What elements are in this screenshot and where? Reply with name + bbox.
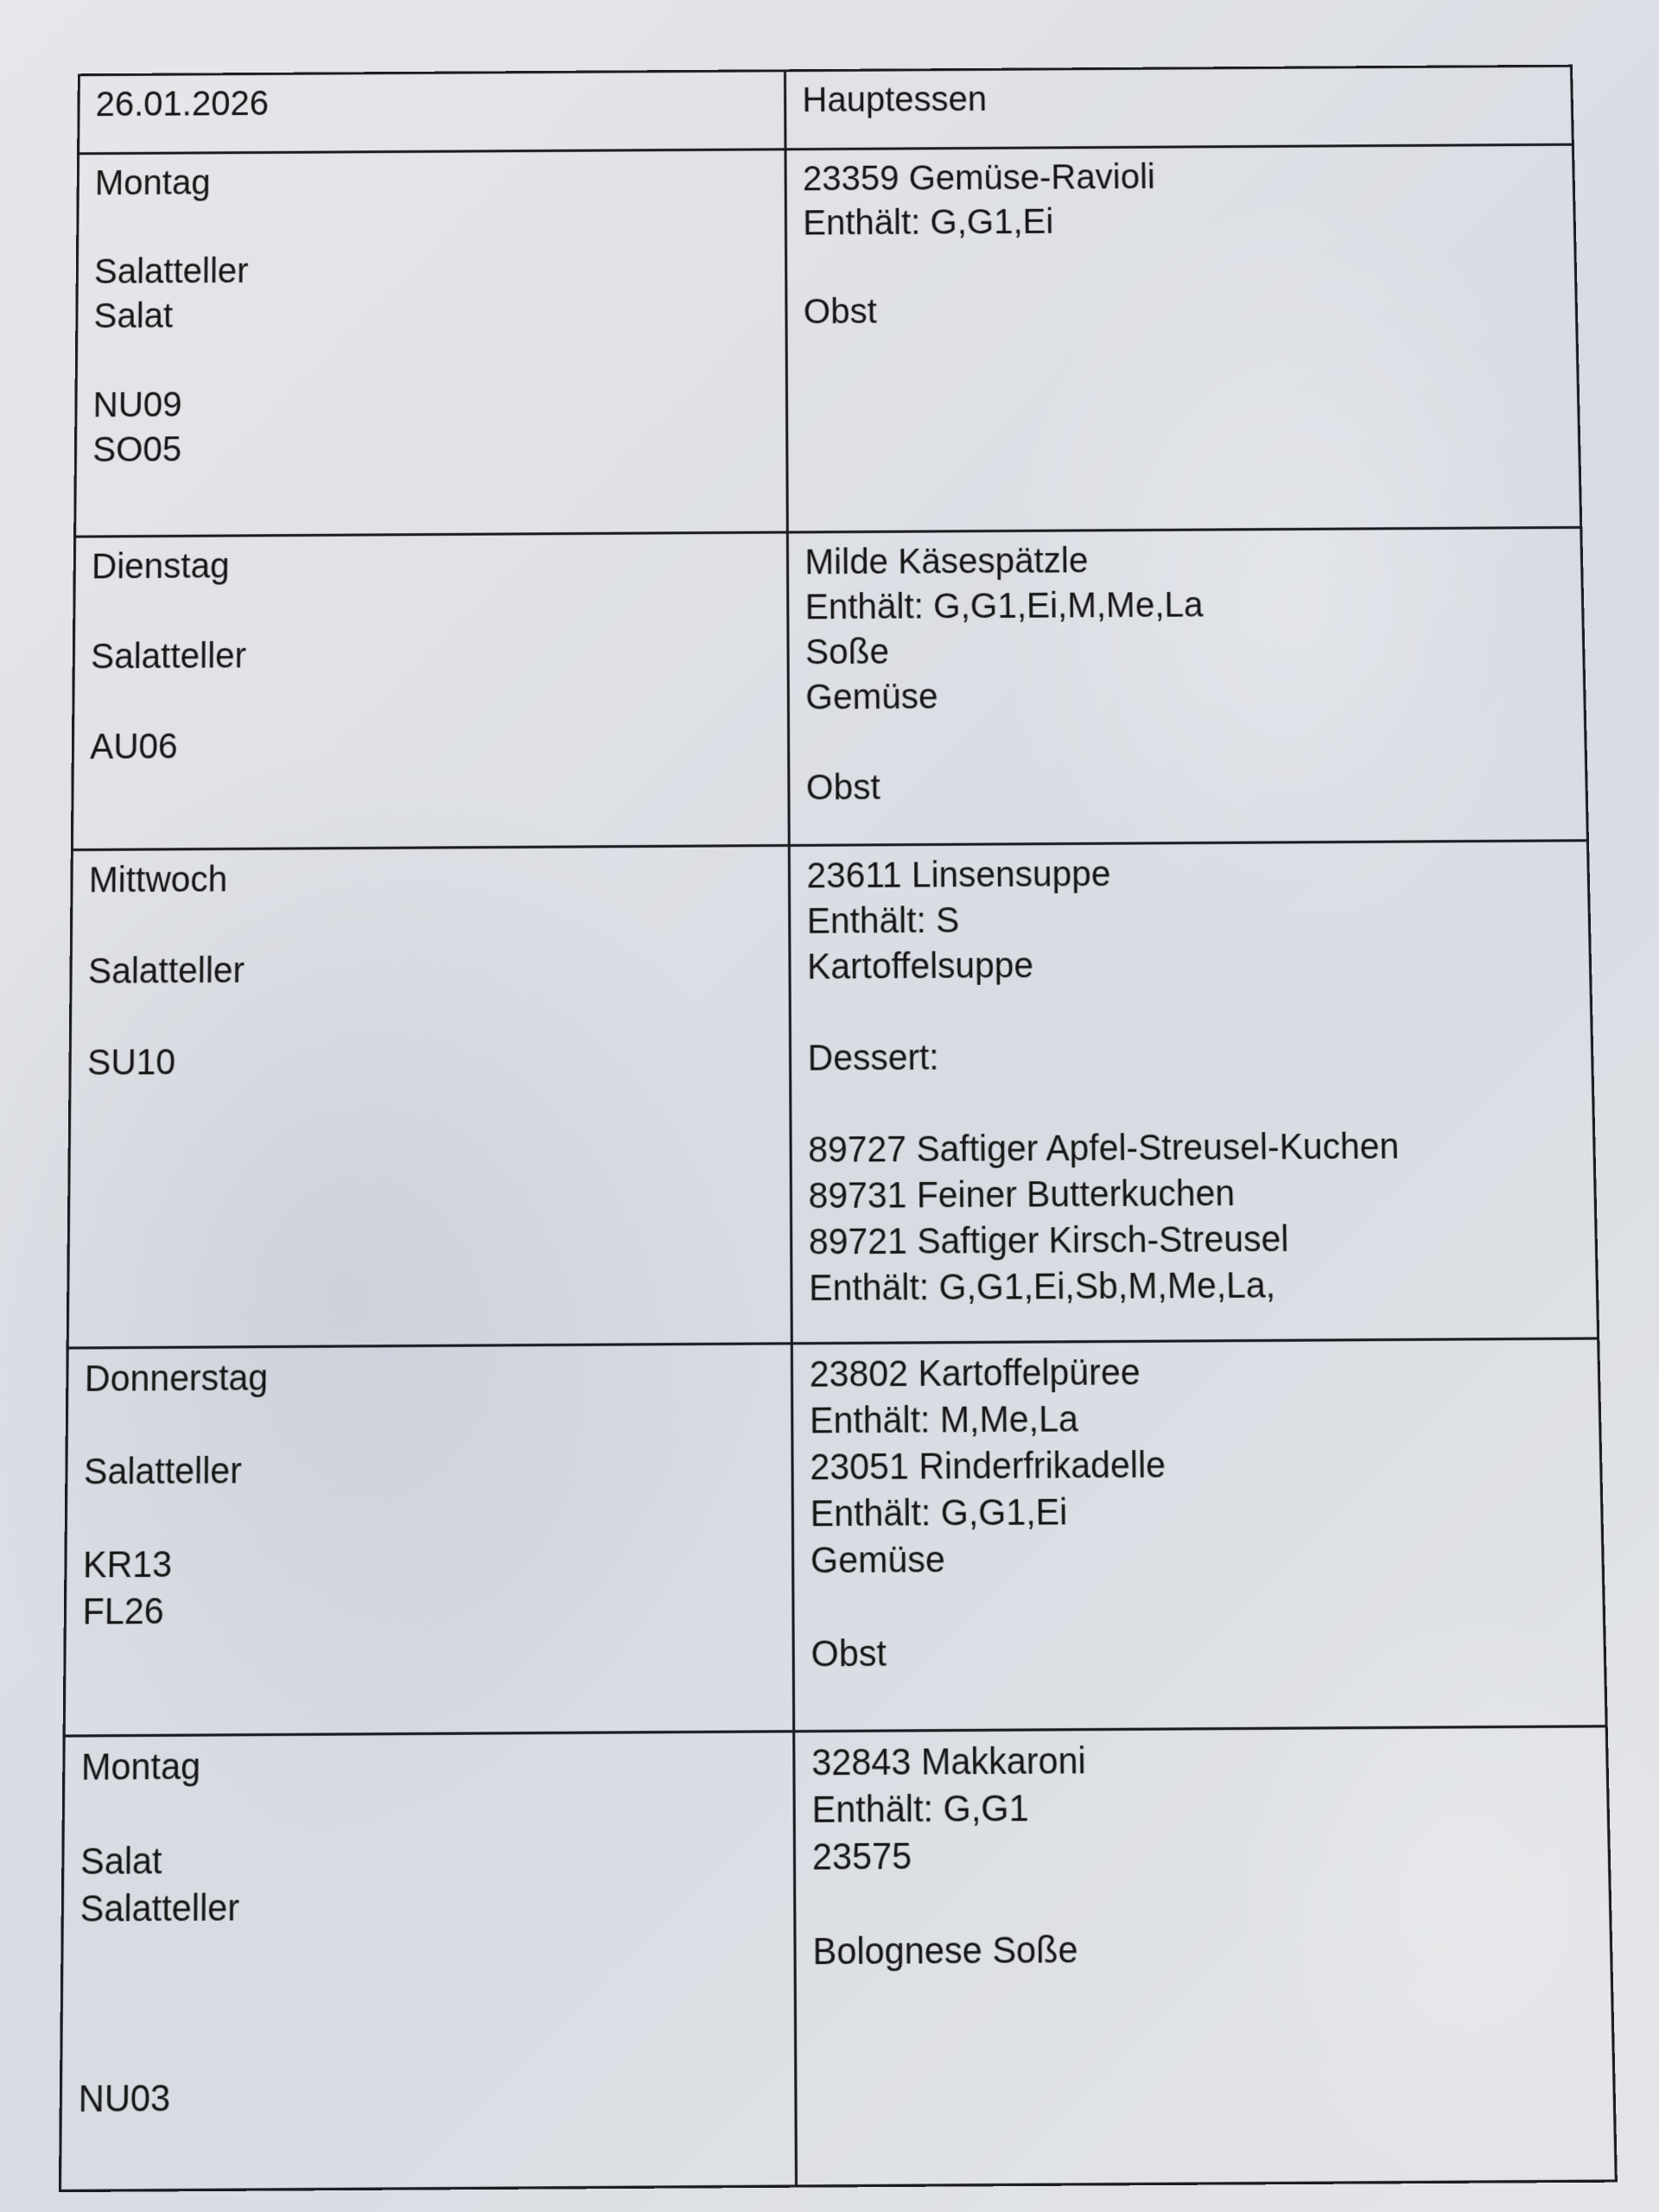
main-dish-cell: Milde KäsespätzleEnthält: G,G1,Ei,M,Me,L… <box>788 527 1588 845</box>
table-row: MontagSalatSalattellerNU0332843 Makkaron… <box>60 1726 1616 2191</box>
dish-line: Milde Käsespätzle <box>804 536 1563 585</box>
dish-line: Enthält: G,G1,Ei <box>803 197 1556 246</box>
dish-line: Dessert: <box>808 1032 1574 1082</box>
dish-line: Enthält: S <box>807 894 1571 944</box>
dish-line: Enthält: G,G1,Ei,M,Me,La <box>805 581 1565 630</box>
day-salad-cell: MontagSalatSalattellerNU03 <box>60 1732 796 2191</box>
salad-line: Salat <box>80 1834 776 1886</box>
salad-line <box>79 2024 777 2075</box>
dish-line: Obst <box>804 286 1559 335</box>
dish-line: Enthält: M,Me,La <box>810 1394 1581 1445</box>
salad-line: Salatteller <box>79 1882 776 1934</box>
dish-line: Enthält: G,G1,Ei <box>810 1486 1584 1538</box>
salad-line: FL26 <box>82 1585 774 1636</box>
weekday-label: Mittwoch <box>89 854 771 904</box>
weekday-label: Montag <box>81 1740 775 1792</box>
salad-line <box>90 676 770 725</box>
weekday-label: Dienstag <box>92 541 769 590</box>
salad-line <box>94 202 767 251</box>
table-row: DonnerstagSalattellerKR13FL2623802 Karto… <box>64 1338 1606 1736</box>
salad-line <box>79 1929 776 1981</box>
dish-line: 23359 Gemüse-Ravioli <box>803 153 1555 201</box>
dish-line: 89727 Saftiger Apfel-Streusel-Kuchen <box>808 1123 1575 1174</box>
dish-line: 89731 Feiner Butterkuchen <box>809 1169 1577 1220</box>
dish-line: 32843 Makkaroni <box>811 1735 1588 1787</box>
date-cell: 26.01.2026 <box>79 71 786 154</box>
salad-line: AU06 <box>90 721 770 770</box>
salad-line <box>93 335 768 384</box>
salad-line <box>91 586 769 635</box>
dish-line: Gemüse <box>805 671 1566 721</box>
day-salad-cell: MontagSalattellerSalatNU09SO05 <box>75 149 788 537</box>
dish-line: 23051 Rinderfrikadelle <box>810 1440 1582 1491</box>
salad-line <box>79 1976 776 2028</box>
salad-line <box>88 899 771 950</box>
day-salad-cell: DienstagSalattellerAU06 <box>72 532 789 850</box>
salad-line <box>84 1399 773 1450</box>
weekday-label: Montag <box>95 157 767 206</box>
dish-line <box>803 241 1557 290</box>
dish-line: Bolognese Soße <box>812 1924 1592 1977</box>
dish-line: 23611 Linsensuppe <box>806 849 1569 899</box>
menu-body: MontagSalattellerSalatNU09SO0523359 Gemü… <box>60 144 1616 2190</box>
dish-line: Enthält: G,G1 <box>812 1783 1590 1834</box>
column-title: Hauptessen <box>802 74 1554 123</box>
dish-line: Soße <box>805 626 1566 676</box>
main-dish-cell: 32843 MakkaroniEnthält: G,G123575Bologne… <box>794 1726 1616 2186</box>
dish-line: Enthält: G,G1,Ei,Sb,M,Me,La, <box>809 1261 1579 1312</box>
dish-line <box>808 1077 1575 1128</box>
dish-line <box>812 1877 1592 1929</box>
salad-line <box>83 1491 773 1542</box>
salad-line: SU10 <box>87 1036 772 1086</box>
dish-line: Obst <box>810 1626 1586 1678</box>
salad-line: Salatteller <box>94 246 768 295</box>
salad-line: Salatteller <box>88 945 772 995</box>
dish-line <box>807 986 1573 1036</box>
salad-line: Salatteller <box>84 1445 774 1496</box>
dish-line: 23802 Kartoffelpüree <box>810 1347 1580 1398</box>
day-salad-cell: MittwochSalattellerSU10 <box>67 845 791 1348</box>
weekday-label: Donnerstag <box>85 1352 773 1403</box>
main-dish-cell: 23359 Gemüse-RavioliEnthält: G,G1,EiObst <box>785 144 1580 532</box>
table-row: MittwochSalattellerSU1023611 Linsensuppe… <box>67 841 1598 1348</box>
day-salad-cell: DonnerstagSalattellerKR13FL26 <box>64 1344 794 1736</box>
salad-line: NU03 <box>78 2071 777 2123</box>
dish-line: 23575 <box>812 1829 1591 1881</box>
menu-date: 26.01.2026 <box>95 79 766 127</box>
menu-table: 26.01.2026 Hauptessen MontagSalattellerS… <box>59 65 1618 2192</box>
dish-line: Gemüse <box>810 1533 1585 1585</box>
dish-line <box>810 1580 1585 1631</box>
table-header-row: 26.01.2026 Hauptessen <box>79 66 1573 154</box>
dish-line: 89721 Saftiger Kirsch-Streusel <box>809 1215 1578 1266</box>
dish-line: Obst <box>806 761 1568 811</box>
table-row: DienstagSalattellerAU06Milde Käsespätzle… <box>72 527 1587 849</box>
salad-line: Salatteller <box>91 631 770 680</box>
dish-line: Kartoffelsuppe <box>807 940 1572 990</box>
dish-line <box>806 715 1567 766</box>
table-row: MontagSalattellerSalatNU09SO0523359 Gemü… <box>75 144 1581 537</box>
salad-line: KR13 <box>83 1538 774 1589</box>
main-dish-cell: 23611 LinsensuppeEnthält: SKartoffelsupp… <box>790 841 1599 1344</box>
salad-line: NU09 <box>92 379 768 428</box>
main-dish-cell: 23802 KartoffelpüreeEnthält: M,Me,La2305… <box>792 1338 1607 1732</box>
salad-line <box>87 990 772 1040</box>
salad-line <box>80 1787 775 1839</box>
paper-sheet: 26.01.2026 Hauptessen MontagSalattellerS… <box>0 0 1659 2212</box>
salad-line: SO05 <box>92 424 769 474</box>
column-title-cell: Hauptessen <box>785 66 1573 149</box>
salad-line: Salat <box>93 290 768 339</box>
